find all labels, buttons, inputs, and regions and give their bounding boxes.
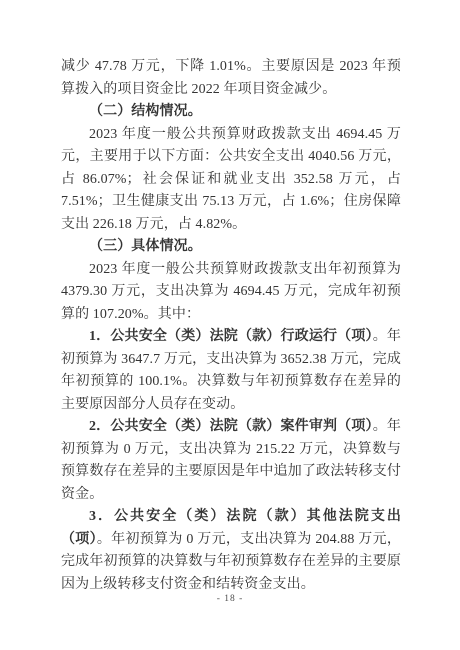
item-1-title: 1．公共安全（类）法院（款）行政运行（项） (89, 329, 373, 344)
section-heading-specifics: （三）具体情况。 (61, 236, 401, 259)
document-page: { "document": { "paragraphs": [ { "type"… (0, 0, 460, 650)
paragraph-item-1: 1．公共安全（类）法院（款）行政运行（项）。年初预算为 3647.7 万元，支出… (61, 326, 401, 416)
paragraph-continuation: 减少 47.78 万元，下降 1.01%。主要原因是 2023 年预算拨入的项目… (61, 56, 401, 101)
paragraph-item-2: 2．公共安全（类）法院（款）案件审判（项）。年初预算为 0 万元，支出决算为 2… (61, 416, 401, 506)
document-body: 减少 47.78 万元，下降 1.01%。主要原因是 2023 年预算拨入的项目… (61, 56, 401, 596)
page-number: - 18 - (0, 594, 460, 604)
section-heading-structure: （二）结构情况。 (61, 101, 401, 124)
paragraph-item-3: 3．公共安全（类）法院（款）其他法院支出（项）。年初预算为 0 万元，支出决算为… (61, 506, 401, 596)
item-2-title: 2．公共安全（类）法院（款）案件审判（项） (89, 419, 373, 434)
item-3-text: 。年初预算为 0 万元，支出决算为 204.88 万元，完成年初预算的决算数与年… (61, 532, 401, 592)
page: 减少 47.78 万元，下降 1.01%。主要原因是 2023 年预算拨入的项目… (0, 0, 460, 650)
paragraph-specifics-intro: 2023 年度一般公共预算财政拨款支出年初预算为 4379.30 万元，支出决算… (61, 259, 401, 327)
paragraph-structure-detail: 2023 年度一般公共预算财政拨款支出 4694.45 万元，主要用于以下方面：… (61, 124, 401, 237)
